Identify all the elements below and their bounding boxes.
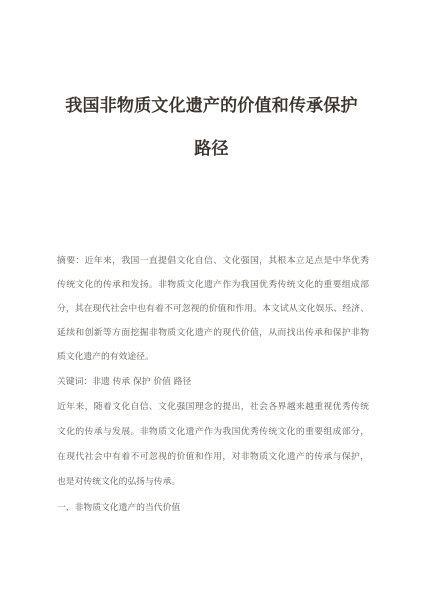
abstract-line: 传统文化的传承和发扬。非物质文化遗产作为我国优秀传统文化的重要组成部 (57, 273, 369, 297)
document-body-column: 摘要：近年来，我国一直提倡文化自信、文化强国，其根本立足点是中华优秀传统文化的传… (57, 249, 369, 521)
abstract-paragraph: 摘要：近年来，我国一直提倡文化自信、文化强国，其根本立足点是中华优秀传统文化的传… (57, 249, 369, 369)
body-paragraph-line: 在现代社会中有着不可忽视的价值和作用，对非物质文化遗产的传承与保护， (57, 445, 369, 470)
abstract-line: 分，其在现代社会中也有着不可忽视的价值和作用。本文试从文化娱乐、经济、 (57, 297, 369, 321)
body-paragraph: 近年来，随着文化自信、文化强国理念的提出，社会各界越来越重视优秀传统文化的传承与… (57, 395, 369, 495)
document-title-line: 我国非物质文化遗产的价值和传承保护 (0, 85, 423, 128)
body-paragraph-line: 文化的传承与发展。非物质文化遗产作为我国优秀传统文化的重要组成部分， (57, 420, 369, 445)
abstract-line: 质文化遗产的有效途径。 (57, 345, 369, 369)
document-title: 我国非物质文化遗产的价值和传承保护路径 (0, 0, 423, 171)
body-paragraph-line: 近年来，随着文化自信、文化强国理念的提出，社会各界越来越重视优秀传统 (57, 395, 369, 420)
body-paragraph-line: 也是对传统文化的弘扬与传承。 (57, 470, 369, 495)
abstract-line: 摘要：近年来，我国一直提倡文化自信、文化强国，其根本立足点是中华优秀 (57, 249, 369, 273)
keywords-line: 关键词：非遗 传承 保护 价值 路径 (57, 370, 369, 394)
abstract-line: 延续和创新等方面挖掘非物质文化遗产的现代价值，从而找出传承和保护非物 (57, 321, 369, 345)
document-title-line: 路径 (0, 128, 423, 171)
section-heading: 一、非物质文化遗产的当代价值 (57, 496, 369, 521)
document-page: 我国非物质文化遗产的价值和传承保护路径 摘要：近年来，我国一直提倡文化自信、文化… (0, 0, 423, 600)
